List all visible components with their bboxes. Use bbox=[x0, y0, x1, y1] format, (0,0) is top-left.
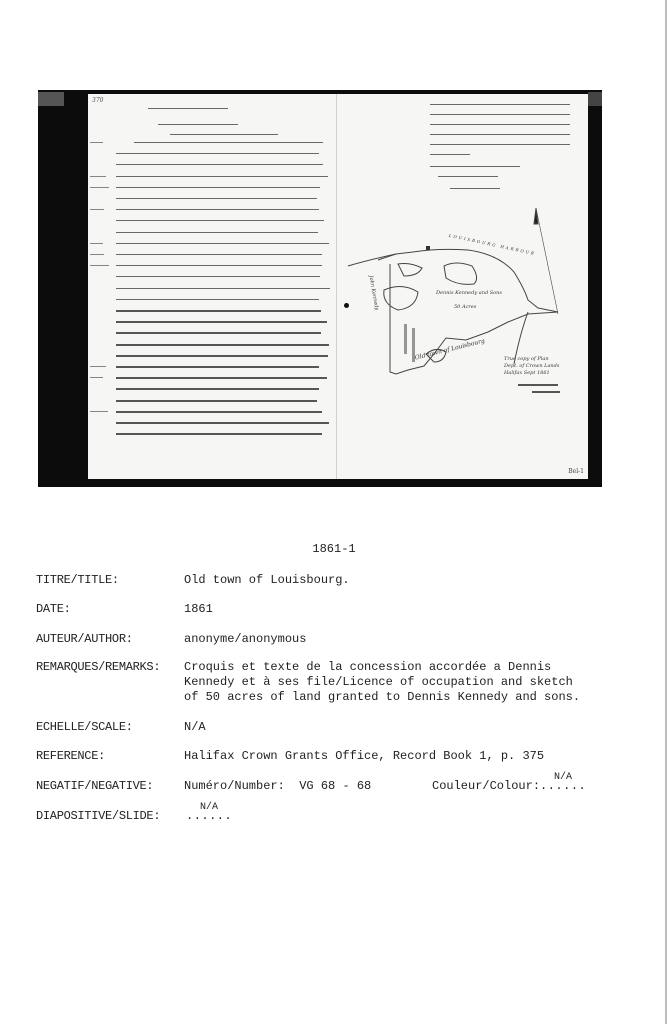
catalogue-id: 1861-1 bbox=[0, 542, 668, 556]
handwriting-line bbox=[116, 321, 327, 323]
handwriting-line bbox=[116, 198, 317, 199]
handwriting-line bbox=[116, 288, 330, 289]
field-value: Croquis et texte de la concession accord… bbox=[184, 660, 580, 705]
handwriting-heading bbox=[148, 108, 228, 109]
handwriting-line bbox=[116, 422, 329, 424]
handwriting-line bbox=[116, 164, 323, 165]
handwriting-line bbox=[134, 142, 323, 143]
handwriting-line bbox=[116, 377, 327, 379]
margin-note bbox=[90, 366, 106, 367]
handwriting-line bbox=[116, 232, 318, 233]
handwriting-heading bbox=[170, 134, 278, 135]
handwriting-heading bbox=[158, 124, 238, 125]
handwriting-line bbox=[116, 243, 329, 244]
signature bbox=[532, 391, 560, 393]
manuscript-sheet: 370 LOUISBOURG HARBOUR De bbox=[88, 94, 588, 479]
document-photograph: 370 LOUISBOURG HARBOUR De bbox=[38, 90, 602, 487]
map-certification: True copy of Plan Dept. of Crown Lands H… bbox=[504, 356, 559, 377]
field-label: NEGATIF/NEGATIVE: bbox=[36, 779, 153, 794]
archive-stamp: Bel-1 bbox=[568, 468, 584, 475]
margin-note bbox=[90, 176, 106, 177]
margin-note bbox=[90, 187, 109, 188]
handwriting-line bbox=[430, 134, 570, 135]
handwriting-line bbox=[450, 188, 500, 189]
handwriting-line bbox=[116, 400, 317, 402]
handwriting-line bbox=[116, 209, 319, 210]
field-label: DATE: bbox=[36, 602, 71, 617]
handwriting-line bbox=[430, 104, 570, 105]
handwriting-line bbox=[116, 355, 328, 357]
margin-note bbox=[90, 377, 103, 378]
margin-note bbox=[90, 209, 104, 210]
margin-note bbox=[90, 254, 104, 255]
colour-value: N/A bbox=[554, 770, 572, 785]
handwriting-line bbox=[116, 276, 320, 277]
handwriting-line bbox=[116, 310, 321, 312]
handwriting-line bbox=[430, 114, 570, 115]
handwriting-line bbox=[116, 254, 322, 255]
handwriting-line bbox=[116, 187, 320, 188]
field-label: DIAPOSITIVE/SLIDE: bbox=[36, 809, 160, 824]
signature bbox=[518, 384, 558, 386]
margin-note bbox=[90, 265, 109, 266]
negative-colour: Couleur/Colour: N/A ...... bbox=[432, 779, 586, 794]
margin-note bbox=[90, 411, 108, 412]
photo-frame-tab bbox=[588, 92, 602, 106]
field-label: AUTEUR/AUTHOR: bbox=[36, 632, 133, 647]
handwriting-line bbox=[116, 433, 322, 435]
map-label-grantee: Dennis Kennedy and Sons bbox=[436, 290, 502, 296]
field-value: anonyme/anonymous bbox=[184, 632, 306, 647]
handwriting-line bbox=[430, 144, 570, 145]
page-edge bbox=[665, 0, 667, 1024]
handwriting-line bbox=[430, 124, 570, 125]
handwriting-line bbox=[116, 176, 328, 177]
field-label: TITRE/TITLE: bbox=[36, 573, 119, 588]
handwriting-line bbox=[116, 388, 319, 390]
handwriting-line bbox=[116, 265, 322, 266]
field-value: 1861 bbox=[184, 602, 213, 617]
handwriting-line bbox=[430, 166, 520, 167]
field-value: N/A ...... bbox=[186, 809, 232, 824]
field-label: REFERENCE: bbox=[36, 749, 105, 764]
handwriting-line bbox=[116, 153, 319, 154]
handwriting-line bbox=[116, 344, 329, 346]
manuscript-page-number: 370 bbox=[92, 97, 103, 104]
field-value: Halifax Crown Grants Office, Record Book… bbox=[184, 749, 544, 764]
page-fold bbox=[336, 94, 337, 479]
field-label: ECHELLE/SCALE: bbox=[36, 720, 133, 735]
handwriting-line bbox=[116, 299, 319, 300]
map-label-area: 50 Acres bbox=[454, 304, 476, 310]
handwriting-line bbox=[116, 220, 324, 221]
field-value: Old town of Louisbourg. bbox=[184, 573, 350, 588]
slide-value: N/A bbox=[200, 800, 218, 815]
field-value: N/A bbox=[184, 720, 206, 735]
photo-frame-tab bbox=[38, 92, 64, 106]
handwriting-line bbox=[430, 154, 470, 155]
field-label: REMARQUES/REMARKS: bbox=[36, 660, 160, 675]
negative-number: Numéro/Number: VG 68 - 68 bbox=[184, 779, 371, 794]
handwriting-line bbox=[116, 332, 321, 334]
margin-note bbox=[90, 243, 103, 244]
handwriting-line bbox=[438, 176, 498, 177]
margin-note bbox=[90, 142, 103, 143]
handwriting-line bbox=[116, 366, 319, 368]
handwriting-line bbox=[116, 411, 322, 413]
